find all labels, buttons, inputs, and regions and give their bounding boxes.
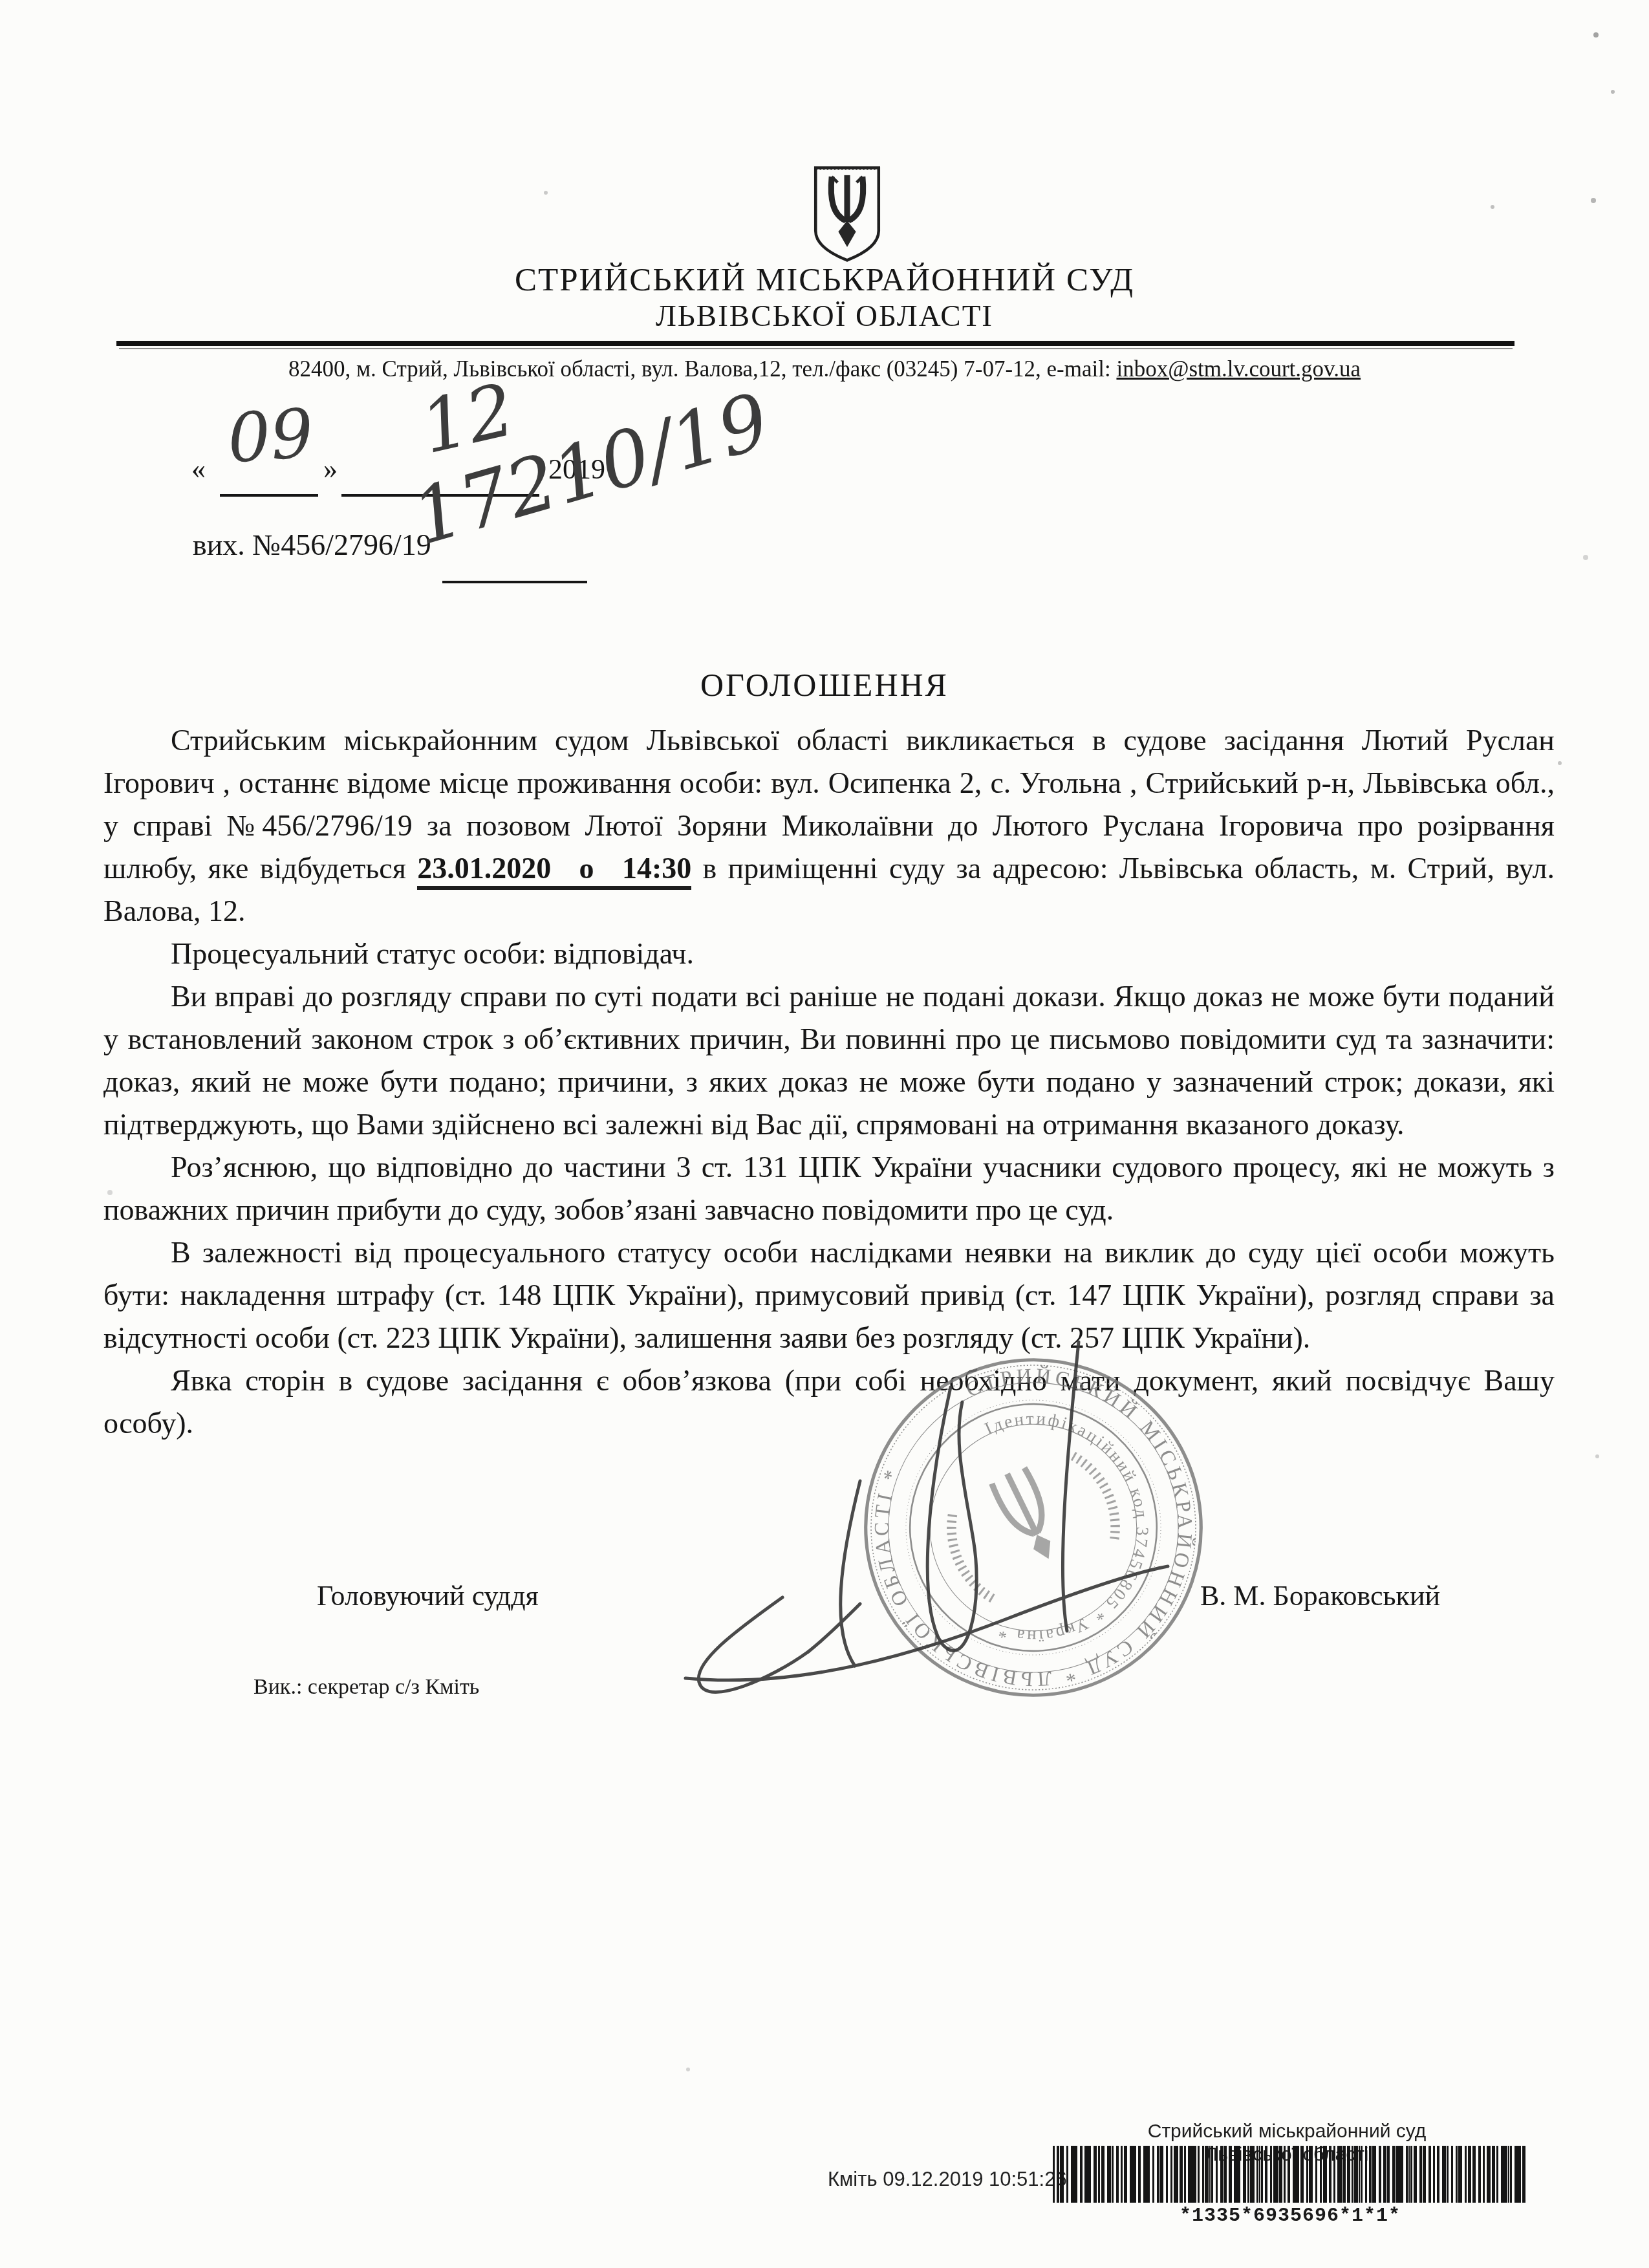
court-name-line1: СТРИЙСЬКИЙ МІСЬКРАЙОННИЙ СУД [97, 261, 1552, 299]
judge-name: В. М. Бораковський [1200, 1579, 1440, 1612]
hearing-datetime: 23.01.2020 о 14:30 [417, 852, 691, 890]
judge-signature-strokes [647, 1326, 1216, 1740]
paragraph-summons: Стрийським міськрайонним судом Львівсько… [103, 719, 1555, 933]
footer-registration-timestamp: Кміть 09.12.2019 10:51:26 [828, 2168, 1067, 2191]
scan-noise [0, 0, 3, 3]
address-text: 82400, м. Стрий, Львівської області, вул… [288, 356, 1117, 382]
court-address-line: 82400, м. Стрий, Львівської області, вул… [97, 356, 1552, 382]
outgoing-number: вих. №456/2796/19 [193, 528, 431, 562]
paragraph-article-131: Роз’яснюю, що відповідно до частини 3 ст… [103, 1146, 1555, 1231]
document-barcode [1053, 2146, 1527, 2203]
paragraph-status: Процесуальний статус особи: відповідач. [103, 933, 1555, 975]
footer-court-line1: Стрийський міськрайонний суд [1061, 2120, 1513, 2143]
paragraph-evidence-rights: Ви вправі до розгляду справи по суті под… [103, 975, 1555, 1146]
court-name-line2: ЛЬВІВСЬКОЇ ОБЛАСТІ [97, 299, 1552, 334]
date-quote-open: « [191, 453, 206, 486]
ukraine-coat-of-arms-icon [810, 165, 885, 263]
scanned-court-document: СТРИЙСЬКИЙ МІСЬКРАЙОННИЙ СУД ЛЬВІВСЬКОЇ … [0, 0, 1649, 2268]
judge-title-label: Головуючий суддя [317, 1579, 539, 1612]
header-divider-rule [116, 341, 1514, 346]
outgoing-number-underline [442, 581, 587, 583]
handwritten-day: 09 [226, 400, 316, 473]
executor-note: Вик.: секретар с/з Кміть [253, 1675, 479, 1700]
announcement-title: ОГОЛОШЕННЯ [97, 666, 1552, 704]
barcode-number: *1335*6935696*1*1* [1053, 2205, 1527, 2227]
court-email: inbox@stm.lv.court.gov.ua [1116, 356, 1361, 382]
day-blank-underline [220, 494, 318, 497]
date-quote-close: » [323, 453, 338, 486]
